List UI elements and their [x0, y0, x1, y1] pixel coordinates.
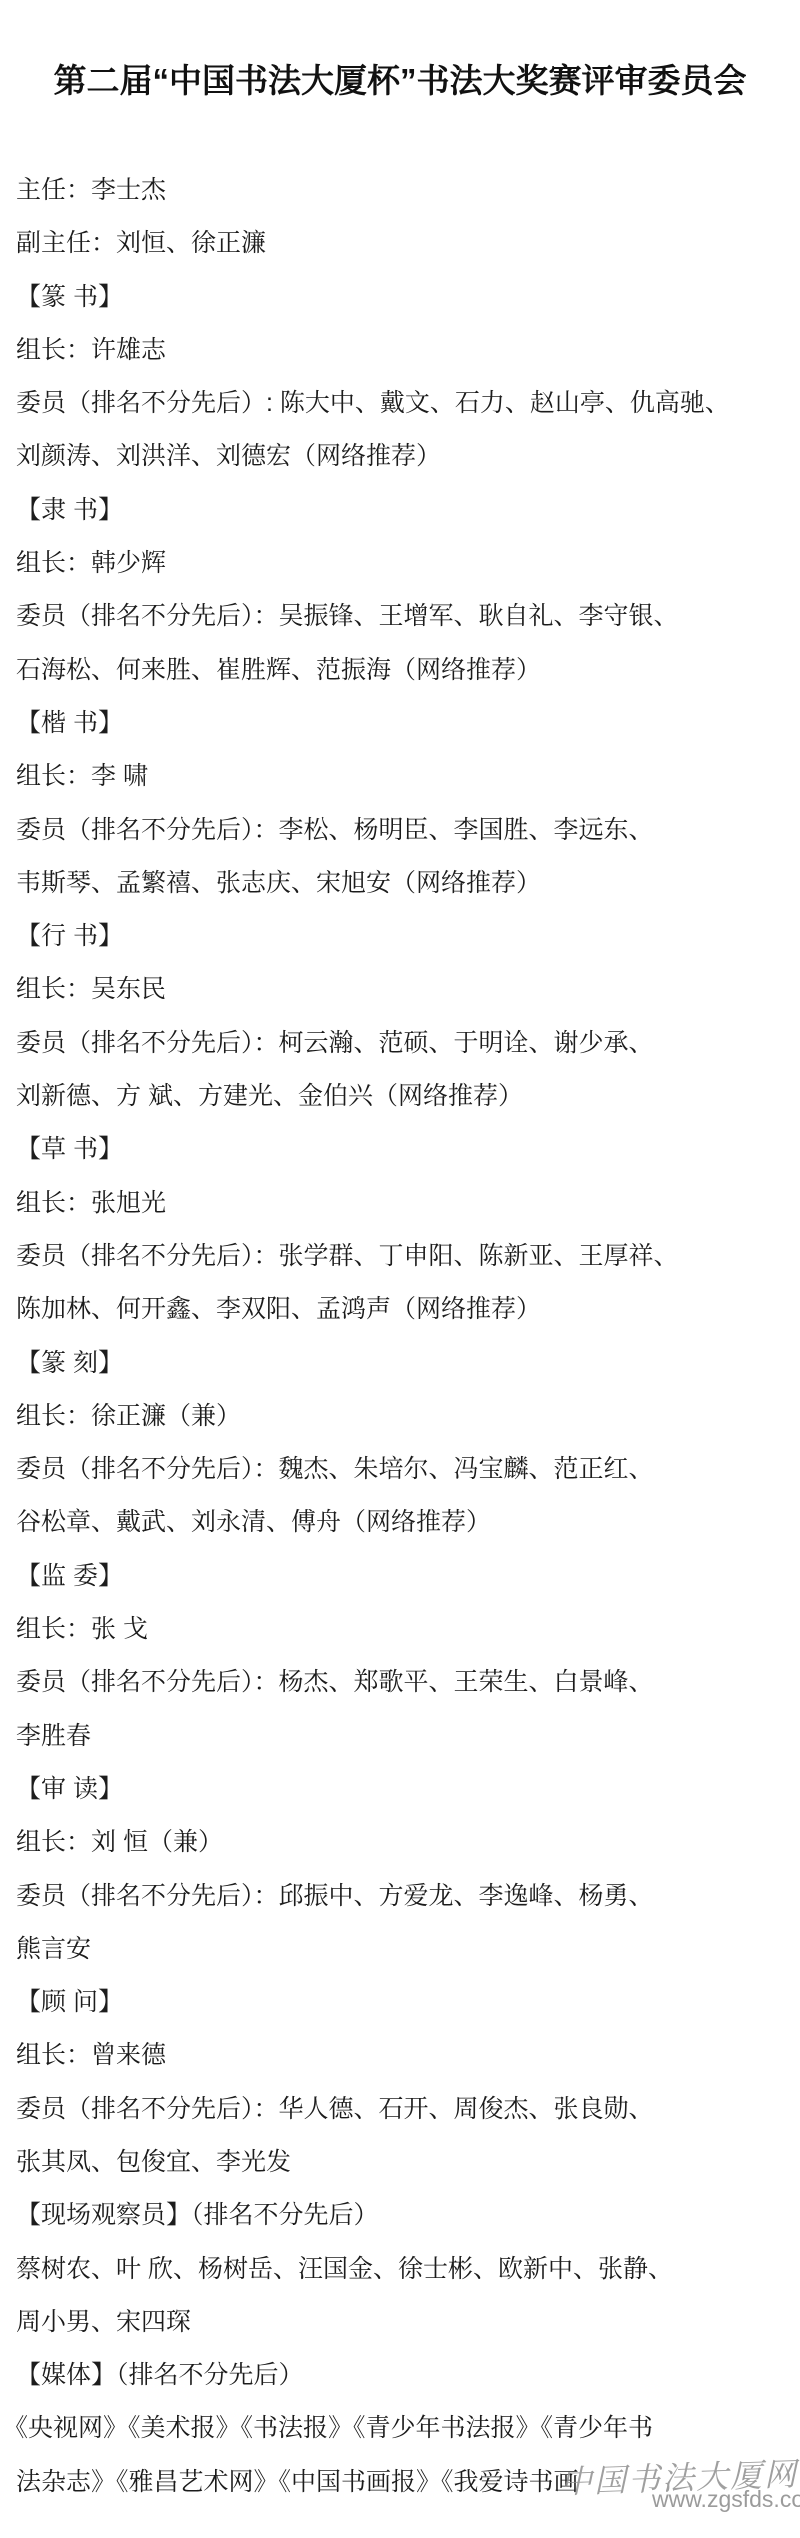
role-line: 组长：张旭光	[0, 1177, 800, 1230]
names-line: 张其凤、包俊宜、李光发	[0, 2136, 800, 2189]
section-heading: 【行 书】	[0, 910, 800, 963]
section-heading: 【隶 书】	[0, 484, 800, 537]
names-line: 陈加林、何开鑫、李双阳、孟鸿声（网络推荐）	[0, 1283, 800, 1336]
section-heading: 【楷 书】	[0, 697, 800, 750]
section-heading: 【审 读】	[0, 1763, 800, 1816]
section-heading: 【篆 刻】	[0, 1337, 800, 1390]
names-line: 谷松章、戴武、刘永清、傅舟（网络推荐）	[0, 1496, 800, 1549]
role-line: 组长：刘 恒（兼）	[0, 1816, 800, 1869]
media-line: 《央视网》《美术报》《书法报》《青少年书法报》《青少年书	[0, 2402, 800, 2455]
names-line: 委员（排名不分先后）：吴振锋、王增军、耿自礼、李守银、	[0, 590, 800, 643]
names-line: 委员（排名不分先后）：柯云瀚、范硕、于明诠、谢少承、	[0, 1017, 800, 1070]
section-heading: 【监 委】	[0, 1550, 800, 1603]
section-heading: 【草 书】	[0, 1123, 800, 1176]
role-line: 组长：张 戈	[0, 1603, 800, 1656]
page-title: 第二届“中国书法大厦杯”书法大奖赛评审委员会	[0, 56, 800, 106]
names-line: 熊言安	[0, 1923, 800, 1976]
names-line: 周小男、宋四琛	[0, 2296, 800, 2349]
role-line: 组长：韩少辉	[0, 537, 800, 590]
watermark-url-text: www.zgsfds.com	[652, 2486, 800, 2512]
section-heading: 【现场观察员】（排名不分先后）	[0, 2189, 800, 2242]
role-line: 副主任：刘恒、徐正濂	[0, 217, 800, 270]
names-line: 委员（排名不分先后）：李松、杨明臣、李国胜、李远东、	[0, 804, 800, 857]
names-line: 委员（排名不分先后）：张学群、丁申阳、陈新亚、王厚祥、	[0, 1230, 800, 1283]
role-line: 组长：吴东民	[0, 963, 800, 1016]
names-line: 刘颜涛、刘洪洋、刘德宏（网络推荐）	[0, 430, 800, 483]
role-line: 主任：李士杰	[0, 164, 800, 217]
document-page: { "title": "第二届“中国书法大厦杯”书法大奖赛评审委员会", "li…	[0, 0, 800, 2538]
names-line: 刘新德、方 斌、方建光、金伯兴（网络推荐）	[0, 1070, 800, 1123]
names-line: 委员（排名不分先后）: 陈大中、戴文、石力、赵山亭、仇高驰、	[0, 377, 800, 430]
names-line: 韦斯琴、孟繁禧、张志庆、宋旭安（网络推荐）	[0, 857, 800, 910]
role-line: 组长：李 啸	[0, 750, 800, 803]
role-line: 组长：徐正濂（兼）	[0, 1390, 800, 1443]
document-lines: 主任：李士杰副主任：刘恒、徐正濂【篆 书】组长：许雄志委员（排名不分先后）: 陈…	[0, 164, 800, 2509]
names-line: 委员（排名不分先后）：华人德、石开、周俊杰、张良勋、	[0, 2083, 800, 2136]
role-line: 组长：曾来德	[0, 2029, 800, 2082]
section-heading: 【篆 书】	[0, 271, 800, 324]
names-line: 石海松、何来胜、崔胜辉、范振海（网络推荐）	[0, 644, 800, 697]
names-line: 委员（排名不分先后）：杨杰、郑歌平、王荣生、白景峰、	[0, 1656, 800, 1709]
names-line: 李胜春	[0, 1710, 800, 1763]
names-line: 蔡树农、叶 欣、杨树岳、汪国金、徐士彬、欧新中、张静、	[0, 2243, 800, 2296]
section-heading: 【媒体】（排名不分先后）	[0, 2349, 800, 2402]
section-heading: 【顾 问】	[0, 1976, 800, 2029]
names-line: 委员（排名不分先后）：魏杰、朱培尔、冯宝麟、范正红、	[0, 1443, 800, 1496]
role-line: 组长：许雄志	[0, 324, 800, 377]
names-line: 委员（排名不分先后）：邱振中、方爱龙、李逸峰、杨勇、	[0, 1870, 800, 1923]
